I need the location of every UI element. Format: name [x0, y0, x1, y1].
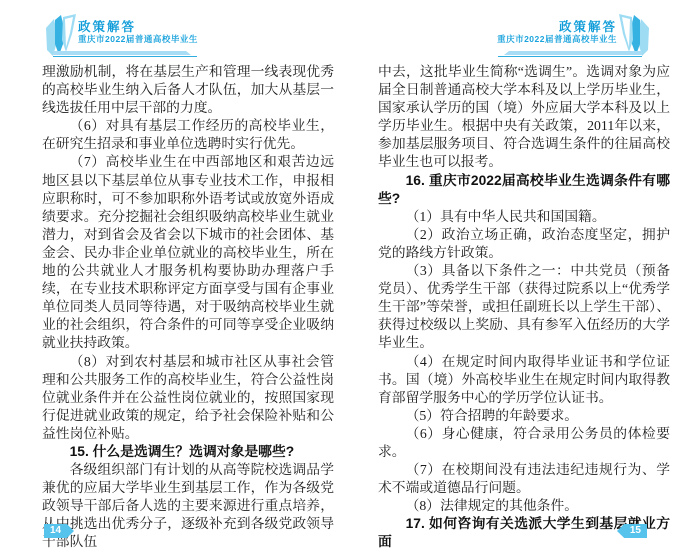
- paragraph: （2）政治立场正确，政治态度坚定，拥护党的路线方针政策。: [378, 226, 670, 262]
- paragraph: （6）身心健康，符合录用公务员的体检要求。: [378, 425, 670, 461]
- header-stripe-light: [504, 51, 642, 55]
- header-text-left: 政策解答 重庆市2022届普通高校毕业生: [78, 20, 198, 45]
- paragraph: （7）在校期间没有违法违纪违规行为、学术不端或道德品行问题。: [378, 461, 670, 497]
- header-text-right: 政策解答 重庆市2022届普通高校毕业生: [497, 20, 617, 45]
- header-subtitle: 重庆市2022届普通高校毕业生: [78, 34, 198, 45]
- header-title: 政策解答: [78, 20, 198, 34]
- paragraph: （6）对具有基层工作经历的高校毕业生，在研究生招录和事业单位选聘时实行优先。: [42, 117, 334, 153]
- paragraph: 中去，这批毕业生简称“选调生”。选调对象为应届全日制普通高校大学本科及以上学历毕…: [378, 63, 670, 172]
- header-subtitle: 重庆市2022届普通高校毕业生: [497, 34, 617, 45]
- paragraph: （4）在规定时间内取得毕业证书和学位证书。国（境）外高校毕业生在规定时间内取得教…: [378, 353, 670, 407]
- left-page-text: 理激励机制，将在基层生产和管理一线表现优秀的高校毕业生纳入后备人才队伍，加大从基…: [42, 63, 334, 552]
- paragraph: 理激励机制，将在基层生产和管理一线表现优秀的高校毕业生纳入后备人才队伍，加大从基…: [42, 63, 334, 117]
- paragraph: （8）对到农村基层和城市社区从事社会管理和公共服务工作的高校毕业生，符合公益性岗…: [42, 353, 334, 443]
- question-heading: 16. 重庆市2022届高校毕业生选调条件有哪些?: [378, 172, 670, 208]
- paragraph: （5）符合招聘的年龄要求。: [378, 407, 670, 425]
- header-title: 政策解答: [497, 20, 617, 34]
- page-right: 政策解答 重庆市2022届普通高校毕业生 中去，这批毕业生简称“选调生”。选调对…: [348, 0, 695, 559]
- book-spread: 政策解答 重庆市2022届普通高校毕业生 理激励机制，将在基层生产和管理一线表现…: [0, 0, 695, 559]
- header-stripe-light: [53, 51, 191, 55]
- header-stripe-dark: [53, 56, 197, 58]
- paragraph: （3）具备以下条件之一：中共党员（预备党员）、优秀学生干部（获得过院系以上“优秀…: [378, 262, 670, 352]
- question-heading: 15. 什么是选调生？选调对象是哪些?: [42, 443, 334, 461]
- paragraph: 各级组织部门有计划的从高等院校选调品学兼优的应届大学毕业生到基层工作，作为各级党…: [42, 461, 334, 551]
- header-stripe-dark: [498, 56, 642, 58]
- paragraph: （8）法律规定的其他条件。: [378, 497, 670, 515]
- paragraph: （1）具有中华人民共和国国籍。: [378, 208, 670, 226]
- right-page-text: 中去，这批毕业生简称“选调生”。选调对象为应届全日制普通高校大学本科及以上学历毕…: [378, 63, 670, 552]
- paragraph: （7）高校毕业生在中西部地区和艰苦边远地区县以下基层单位从事专业技术工作，申报相…: [42, 153, 334, 352]
- page-left: 政策解答 重庆市2022届普通高校毕业生 理激励机制，将在基层生产和管理一线表现…: [0, 0, 347, 559]
